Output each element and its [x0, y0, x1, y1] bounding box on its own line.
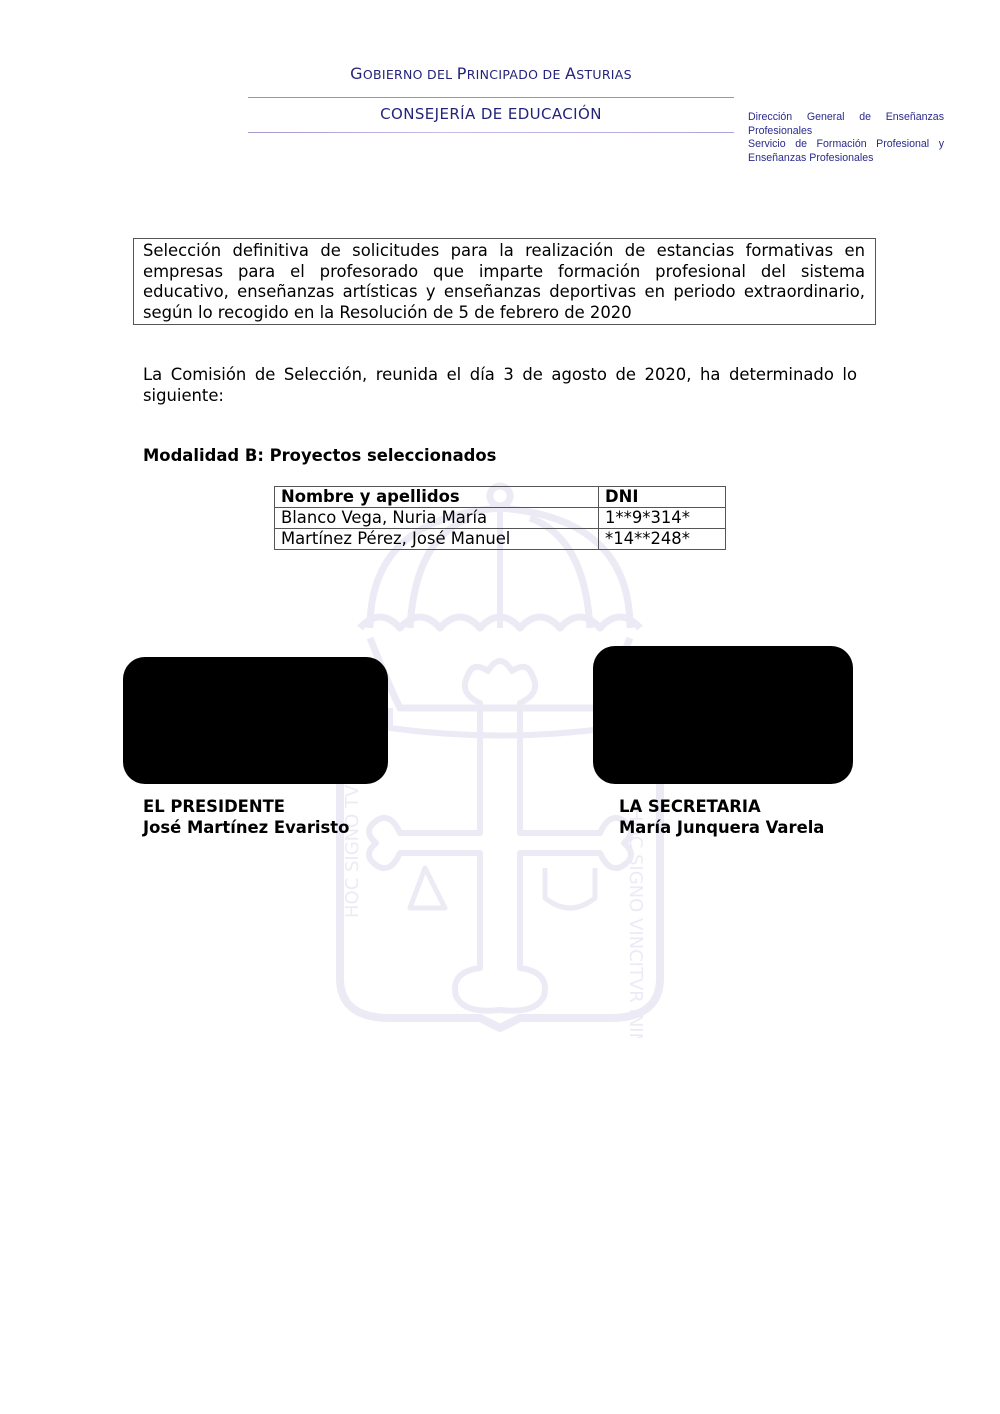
signature-name: María Junquera Varela — [619, 817, 824, 838]
redacted-signature-president — [123, 657, 388, 784]
signature-name: José Martínez Evaristo — [143, 817, 349, 838]
header-rule-top — [248, 97, 734, 98]
cell-name: Martínez Pérez, José Manuel — [275, 529, 599, 550]
section-heading: Modalidad B: Proyectos seleccionados — [143, 446, 496, 465]
government-heading-text: GOBIERNO DEL PRINCIPADO DE ASTURIAS — [350, 65, 632, 83]
intro-paragraph: La Comisión de Selección, reunida el día… — [143, 364, 857, 406]
column-header-dni: DNI — [599, 487, 726, 508]
cell-dni: *14**248* — [599, 529, 726, 550]
ministry-heading: CONSEJERÍA DE EDUCACIÓN — [248, 105, 734, 123]
selected-projects-table: Nombre y apellidos DNI Blanco Vega, Nuri… — [274, 486, 726, 550]
signature-role: LA SECRETARIA — [619, 796, 824, 817]
redacted-signature-secretary — [593, 646, 853, 784]
header-rule-bottom — [248, 132, 734, 133]
cell-name: Blanco Vega, Nuria María — [275, 508, 599, 529]
signature-role: EL PRESIDENTE — [143, 796, 349, 817]
department-line: Dirección General de Enseñanzas — [748, 111, 944, 125]
department-line: Enseñanzas Profesionales — [748, 152, 944, 166]
column-header-name: Nombre y apellidos — [275, 487, 599, 508]
signature-block-president: EL PRESIDENTE José Martínez Evaristo — [143, 796, 349, 838]
department-line: Profesionales — [748, 125, 944, 139]
department-line: Servicio de Formación Profesional y — [748, 138, 944, 152]
cell-dni: 1**9*314* — [599, 508, 726, 529]
table-header-row: Nombre y apellidos DNI — [275, 487, 726, 508]
document-title-box: Selección definitiva de solicitudes para… — [133, 238, 876, 325]
table-row: Blanco Vega, Nuria María 1**9*314* — [275, 508, 726, 529]
svg-text:HOC SIGNO VINCITVR INIMICVS: HOC SIGNO VINCITVR INIMICVS — [625, 808, 646, 1038]
department-block: Dirección General de Enseñanzas Profesio… — [748, 111, 944, 165]
table-row: Martínez Pérez, José Manuel *14**248* — [275, 529, 726, 550]
signature-block-secretary: LA SECRETARIA María Junquera Varela — [619, 796, 824, 838]
government-heading: GOBIERNO DEL PRINCIPADO DE ASTURIAS — [248, 64, 734, 83]
